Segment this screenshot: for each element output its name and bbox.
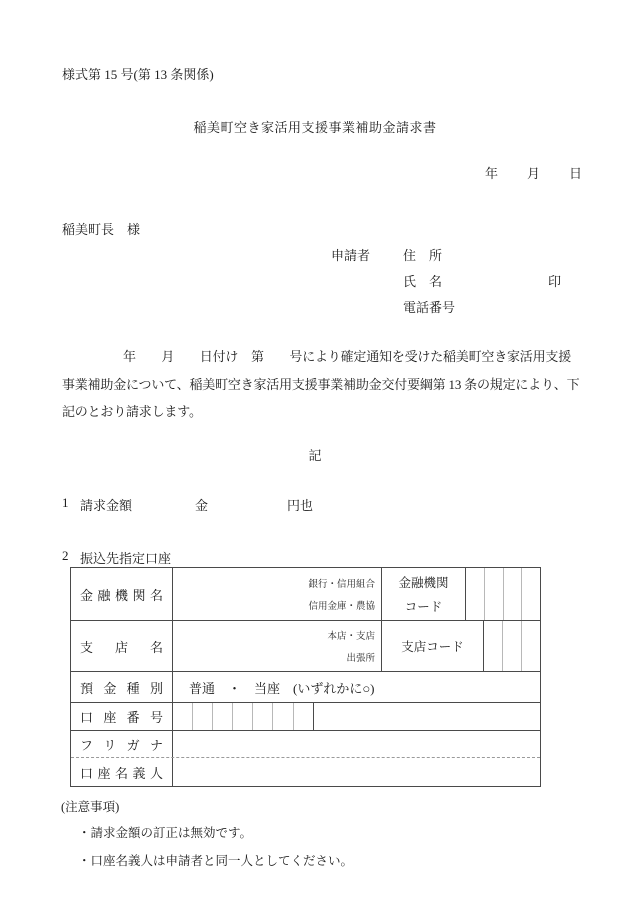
financial-institution-label: 金融機関名	[71, 568, 173, 620]
account-digit-cell	[213, 703, 233, 730]
account-number-label: 口座番号	[71, 703, 173, 730]
branch-type-option-bottom: 出張所	[346, 650, 375, 664]
branch-type-option-top: 本店・支店	[327, 628, 375, 642]
branch-code-digit-cell	[484, 621, 503, 671]
deposit-type-options: 普通 ・ 当座 (いずれかに○)	[173, 672, 540, 702]
document-page: 様式第 15 号(第 13 条関係) 稲美町空き家活用支援事業補助金請求書 年 …	[0, 0, 630, 903]
item-claim-amount: 1 請求金額 金 円也	[62, 495, 462, 513]
item2-number: 2	[62, 548, 69, 564]
body-line-1: 年 月 日付け 第 号により確定通知を受けた稲美町空き家活用支援	[62, 345, 579, 373]
row-furigana: フリガナ	[71, 731, 540, 758]
applicant-address-label: 住 所	[403, 243, 442, 269]
account-holder-field	[173, 758, 540, 786]
seal-label: 印	[548, 269, 561, 295]
item2-label: 振込先指定口座	[80, 548, 171, 567]
row-deposit-type: 預金種別 普通 ・ 当座 (いずれかに○)	[71, 672, 540, 703]
account-holder-label: 口座名義人	[71, 758, 173, 786]
date-year-label: 年	[485, 163, 498, 182]
fi-code-digit-cell	[485, 568, 504, 620]
fi-code-digit-cell	[504, 568, 523, 620]
row-branch: 支店名 本店・支店 出張所 支店コード	[71, 621, 540, 672]
branch-code-digit-cell	[522, 621, 540, 671]
applicant-name-row: 氏 名 印	[331, 269, 455, 295]
date-month-label: 月	[527, 163, 540, 182]
account-digit-cell	[233, 703, 253, 730]
body-line-2: 事業補助金について、稲美町空き家活用支援事業補助金交付要綱第 13 条の規定によ…	[62, 373, 579, 401]
furigana-field	[173, 731, 540, 757]
addressee: 稲美町長 様	[62, 219, 140, 238]
bank-type-option-top: 銀行・信用組合	[308, 576, 375, 590]
item-bank-account: 2 振込先指定口座	[62, 548, 362, 566]
branch-code-label: 支店コード	[382, 621, 484, 671]
item1-number: 1	[62, 495, 69, 511]
applicant-label-spacer	[331, 295, 403, 321]
fi-code-digit-cell	[466, 568, 485, 620]
account-digit-cell	[173, 703, 193, 730]
account-digit-cell	[193, 703, 213, 730]
applicant-block: 申請者 住 所 氏 名 印 電話番号	[331, 243, 455, 321]
account-digit-cell	[273, 703, 293, 730]
row-account-holder: 口座名義人	[71, 758, 540, 786]
branch-name-field: 本店・支店 出張所	[173, 621, 382, 671]
bank-account-table: 金融機関名 銀行・信用組合 信用金庫・農協 金融機関 コード 支店名 本店・支店…	[70, 567, 541, 787]
applicant-phone-row: 電話番号	[331, 295, 455, 321]
ki-heading: 記	[0, 445, 630, 464]
note-item: ・口座名義人は申請者と同一人としてください。	[78, 851, 353, 869]
applicant-address-row: 申請者 住 所	[331, 243, 455, 269]
document-title: 稲美町空き家活用支援事業補助金請求書	[0, 117, 630, 136]
amount-prefix: 金	[195, 495, 208, 514]
row-account-number: 口座番号	[71, 703, 540, 731]
fi-code-digit-cell	[522, 568, 540, 620]
bank-type-option-bottom: 信用金庫・農協	[308, 598, 375, 612]
applicant-label-spacer	[331, 269, 403, 295]
fi-code-label-line2: コード	[405, 597, 443, 615]
furigana-label: フリガナ	[71, 731, 173, 757]
applicant-phone-label: 電話番号	[403, 295, 455, 321]
branch-label: 支店名	[71, 621, 173, 671]
body-line-3: 記のとおり請求します。	[62, 400, 579, 428]
date-line: 年 月 日	[485, 163, 582, 182]
applicant-label: 申請者	[331, 243, 403, 269]
notes-heading: (注意事項)	[61, 797, 119, 815]
account-digit-cell	[253, 703, 273, 730]
item1-label: 請求金額	[80, 495, 132, 514]
body-paragraph: 年 月 日付け 第 号により確定通知を受けた稲美町空き家活用支援 事業補助金につ…	[62, 345, 579, 428]
amount-suffix: 円也	[287, 495, 313, 514]
deposit-type-label: 預金種別	[71, 672, 173, 702]
form-number: 様式第 15 号(第 13 条関係)	[62, 64, 214, 83]
financial-institution-code-label: 金融機関 コード	[382, 568, 466, 620]
account-number-filler	[314, 703, 540, 730]
applicant-name-label: 氏 名	[403, 269, 442, 295]
fi-code-label-line1: 金融機関	[398, 573, 448, 591]
date-day-label: 日	[569, 163, 582, 182]
note-item: ・請求金額の訂正は無効です。	[78, 823, 252, 841]
branch-code-digit-cell	[503, 621, 522, 671]
account-digit-cell	[294, 703, 314, 730]
financial-institution-name-field: 銀行・信用組合 信用金庫・農協	[173, 568, 382, 620]
row-financial-institution: 金融機関名 銀行・信用組合 信用金庫・農協 金融機関 コード	[71, 568, 540, 621]
